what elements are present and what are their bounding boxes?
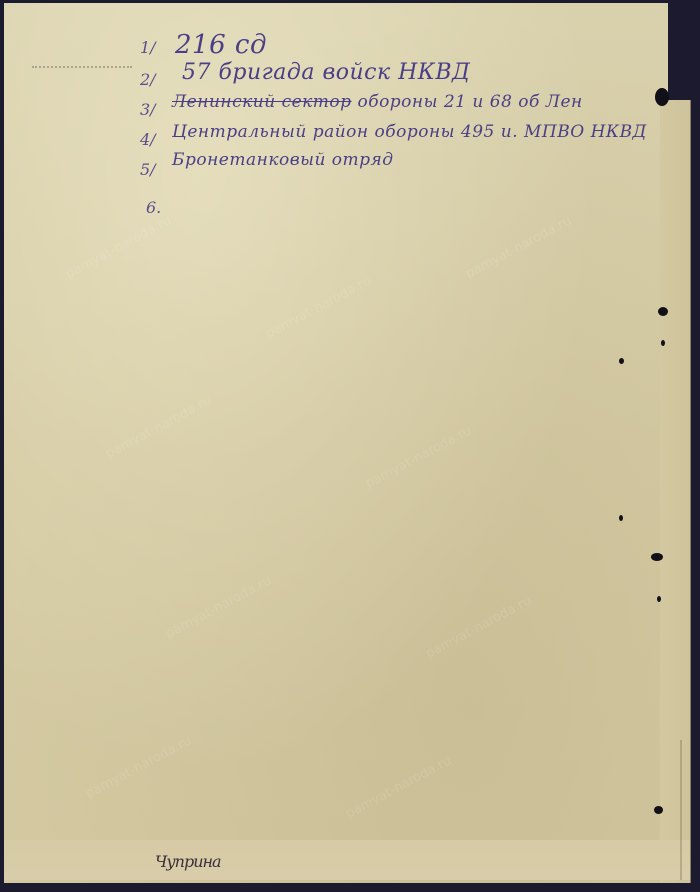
paper-bottom-edge [4,840,690,880]
torn-edge-mark [655,88,669,106]
dotted-line [32,66,132,68]
list-item-text: Центральный район обороны 495 и. МПВО НК… [172,122,647,142]
signature: Чуприна [155,852,221,871]
item-number: 6. [146,198,161,217]
item-number: 3/ [140,100,156,119]
item-number: 1/ [140,38,156,57]
punch-hole [619,358,624,364]
paper-edge [660,100,691,883]
list-item-text: Ленинский сектор обороны 21 и 68 об Лен [172,92,583,112]
item-number: 2/ [140,70,156,89]
item-number: 4/ [140,130,156,149]
punch-hole [619,515,623,521]
punch-hole [658,307,668,316]
punch-hole [657,596,661,602]
list-item-text: 216 сд [175,30,267,60]
item-text: обороны 21 и 68 об Лен [357,92,582,112]
punch-hole [661,340,665,346]
list-item-text: 57 бригада войск НКВД [182,60,470,85]
fold-line [680,740,682,880]
struck-text: Ленинский сектор [172,92,352,112]
list-item-text: Бронетанковый отряд [172,150,394,170]
punch-hole [654,806,663,814]
punch-hole [651,553,663,561]
item-number: 5/ [140,160,156,179]
